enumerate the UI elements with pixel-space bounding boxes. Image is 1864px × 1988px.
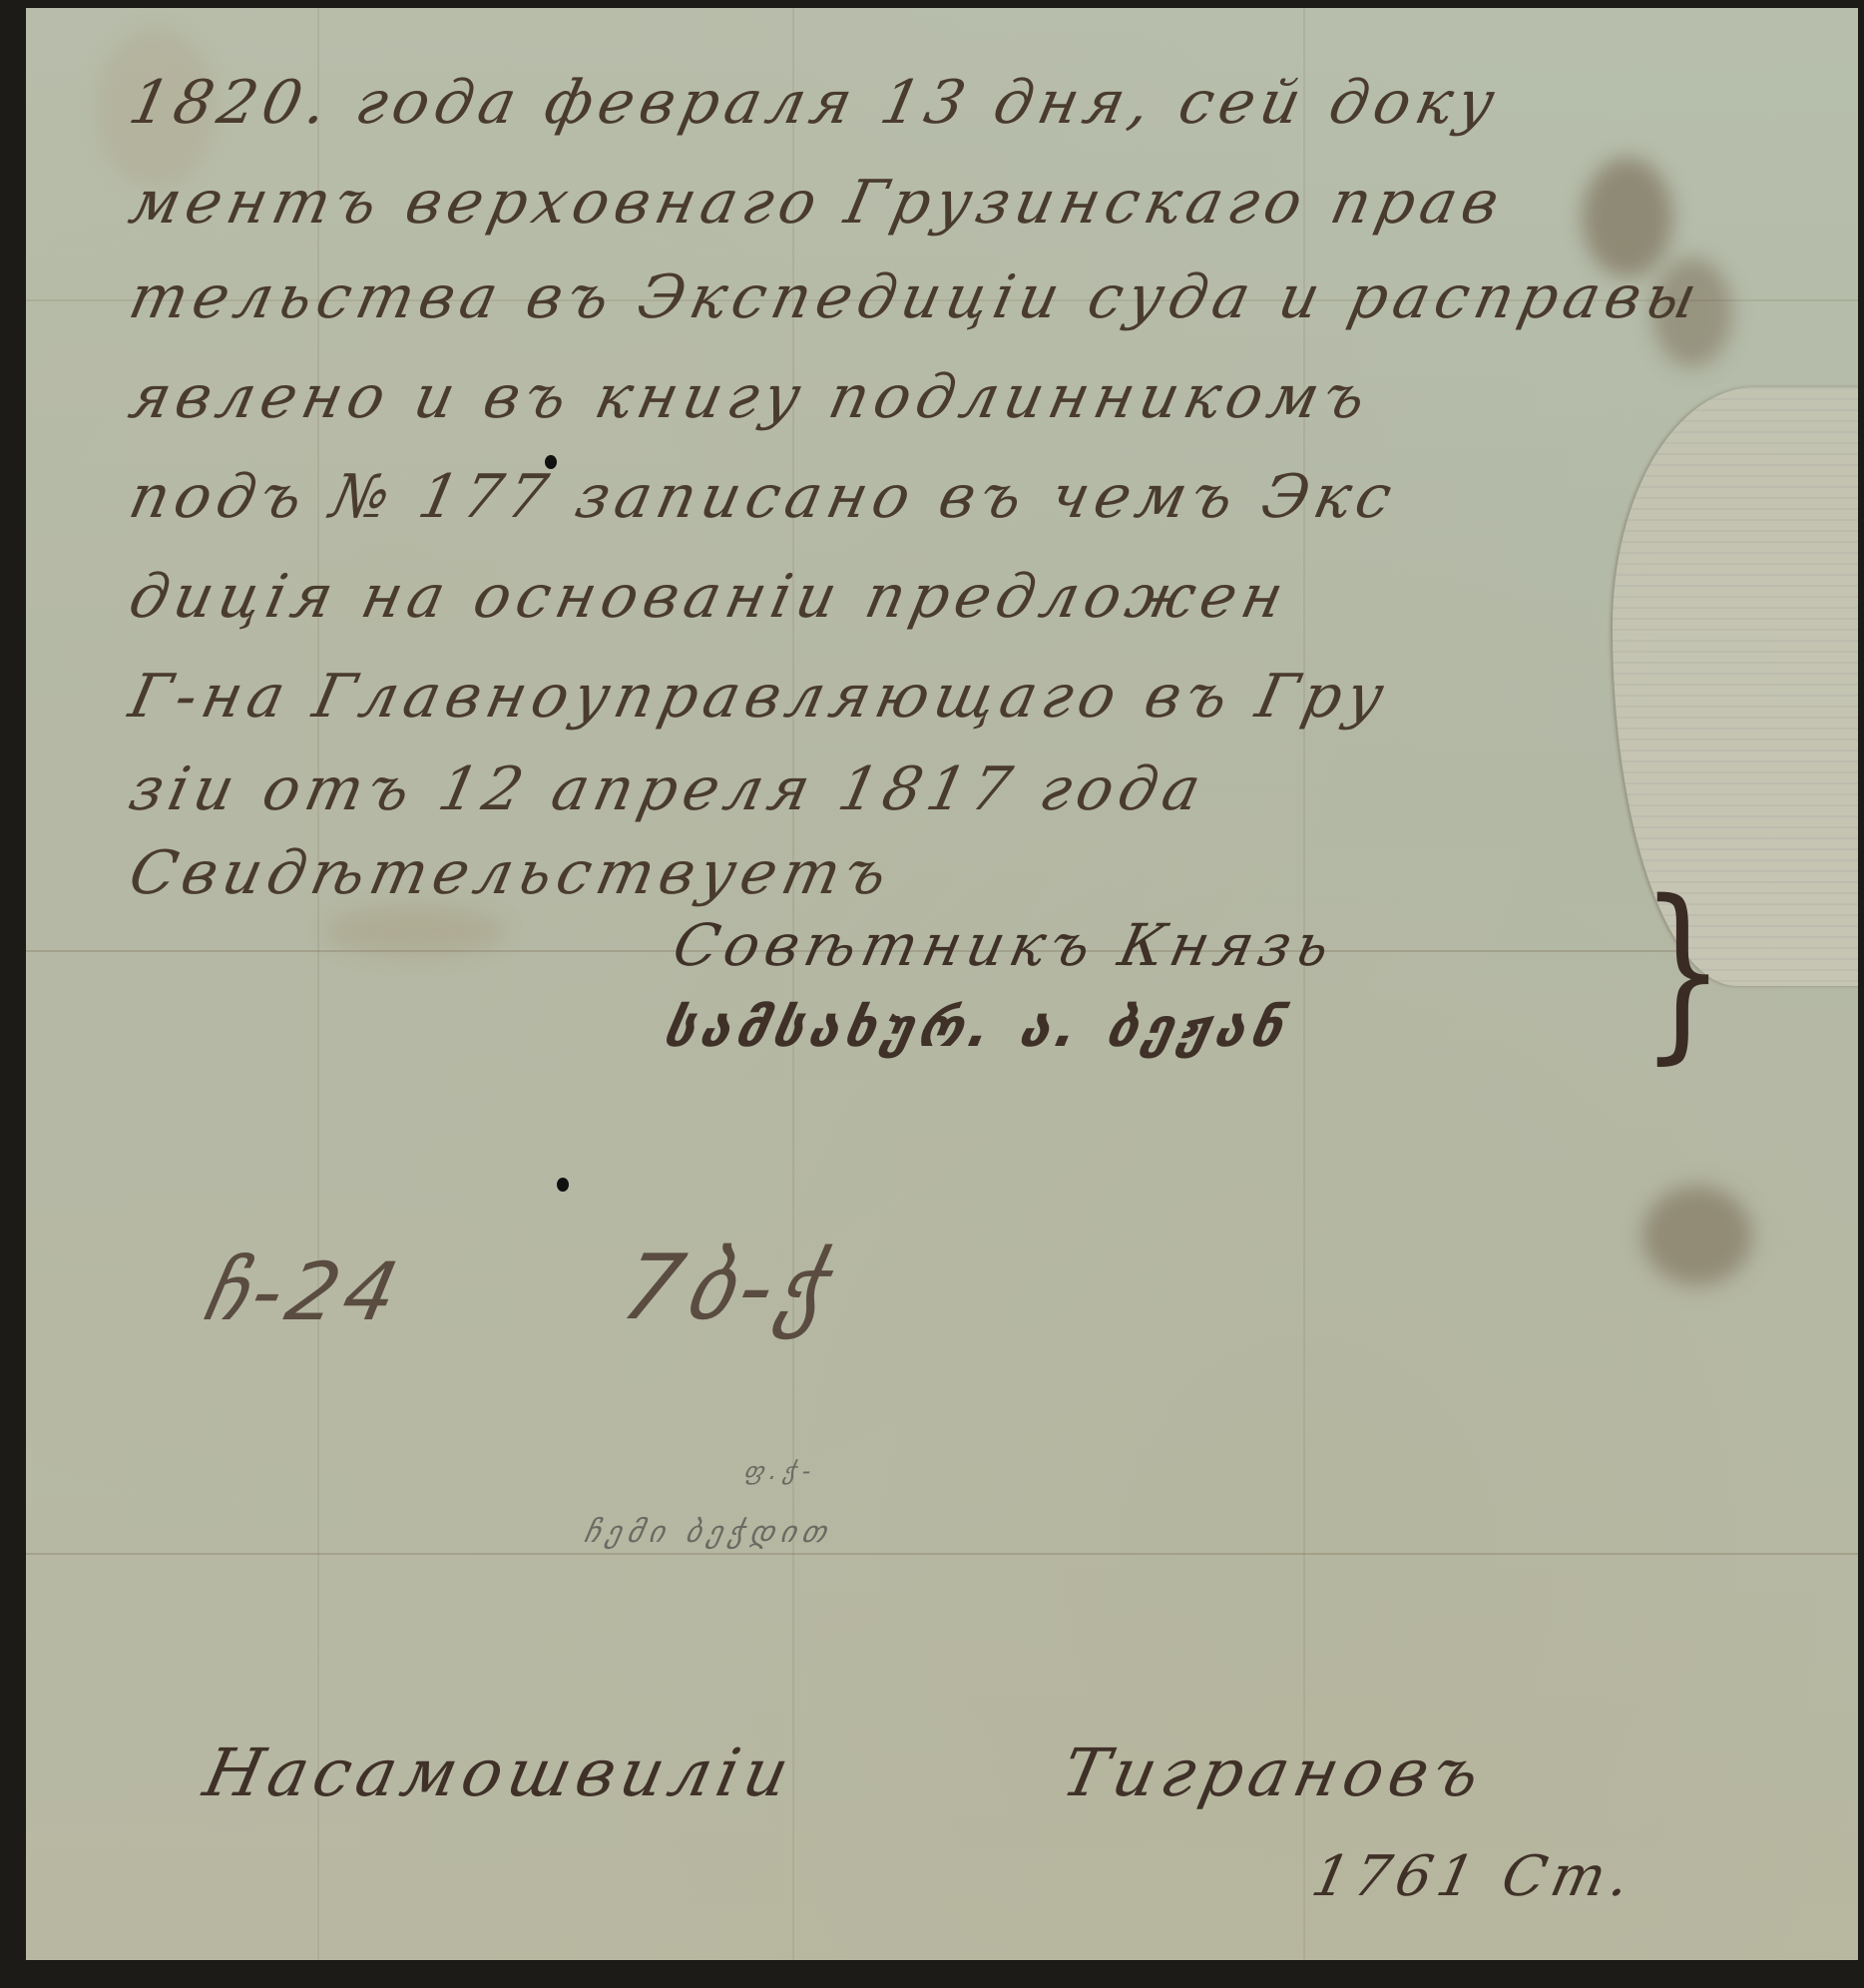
ink-stain [1583,158,1672,277]
ink-dot [545,455,557,469]
body-line-4: явлено и въ книгу подлинникомъ [124,362,1378,432]
signature-georgian: სამსახურ. ა. ბეჟან [658,996,1294,1059]
body-line-5: подъ № 177 записано въ чемъ Экс [124,462,1404,532]
body-line-9: Свидѣтельствуетъ [124,838,899,908]
body-line-1: 1820. года февраля 13 дня, сей доку [124,68,1507,138]
georgian-note-right: 7ბ-ჭ [614,1236,842,1340]
signature-right: Тиграновъ [1056,1735,1492,1811]
ink-dot [557,1178,569,1192]
body-line-2: ментъ верховнаго Грузинскаго прав [124,168,1511,238]
water-stain [325,906,505,956]
signature-brace: } [1640,876,1725,1066]
body-line-7: Г-на Главноуправляющаго въ Гру [124,662,1396,732]
body-line-3: тельства въ Экспедиціи суда и расправы [124,262,1709,332]
georgian-note-left: ჩ-24 [196,1245,411,1338]
small-annotation-bottom: ჩემი ბეჭდით [581,1515,836,1550]
ink-stain [1642,1186,1752,1285]
signature-left: Насамошвиліи [198,1735,801,1811]
fold-line [26,1553,1858,1555]
body-line-6: диція на основаніи предложен [124,562,1295,632]
body-line-8: зіи отъ 12 апреля 1817 года [124,754,1212,824]
signature-number: 1761 Ст. [1306,1844,1641,1909]
document-paper: 1820. года февраля 13 дня, сей доку мент… [26,8,1858,1960]
small-annotation-top: ფ.ჭ- [741,1457,820,1485]
signature-title: Совѣтникъ Князь [668,911,1342,979]
